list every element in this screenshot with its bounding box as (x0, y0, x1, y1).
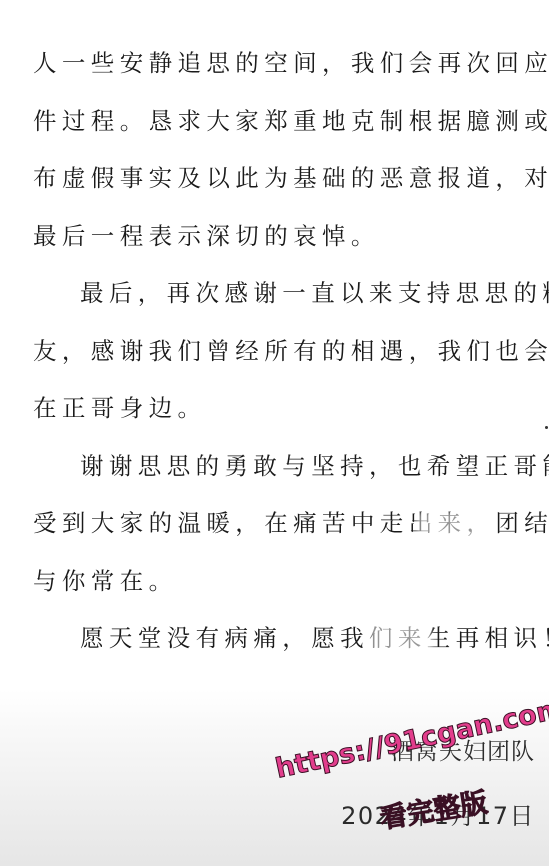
text-line: 谢谢思思的勇敢与坚持，也希望正哥能够感 (33, 438, 513, 496)
stray-dot (545, 426, 548, 429)
text-line: 人一些安静追思的空间，我们会再次回应此次事 (33, 35, 513, 93)
text-line: 最后，再次感谢一直以来支持思思的粉丝朋 (33, 265, 513, 323)
text-line: 在正哥身边。 (33, 380, 513, 438)
text-line: 布虚假事实及以此为基础的恶意报道，对故人的 (33, 150, 513, 208)
text-line: 件过程。恳求大家郑重地克制根据臆测或推测散 (33, 93, 513, 151)
paragraph-1: 人一些安静追思的空间，我们会再次回应此次事 件过程。恳求大家郑重地克制根据臆测或… (33, 35, 513, 265)
statement-body: 人一些安静追思的空间，我们会再次回应此次事 件过程。恳求大家郑重地克制根据臆测或… (33, 35, 513, 668)
paragraph-4: 愿天堂没有病痛，愿我们来生再相识！ (33, 610, 513, 668)
document-page: 人一些安静追思的空间，我们会再次回应此次事 件过程。恳求大家郑重地克制根据臆测或… (0, 0, 549, 866)
text-line: 愿天堂没有病痛，愿我们来生再相识！ (33, 610, 513, 668)
paragraph-2: 最后，再次感谢一直以来支持思思的粉丝朋 友，感谢我们曾经所有的相遇，我们也会一直… (33, 265, 513, 438)
text-line: 最后一程表示深切的哀悼。 (33, 208, 513, 266)
text-line: 与你常在。 (33, 553, 513, 611)
text-line: 友，感谢我们曾经所有的相遇，我们也会一直陪 (33, 323, 513, 381)
blur-artifact (418, 512, 476, 540)
blur-artifact (370, 624, 432, 652)
